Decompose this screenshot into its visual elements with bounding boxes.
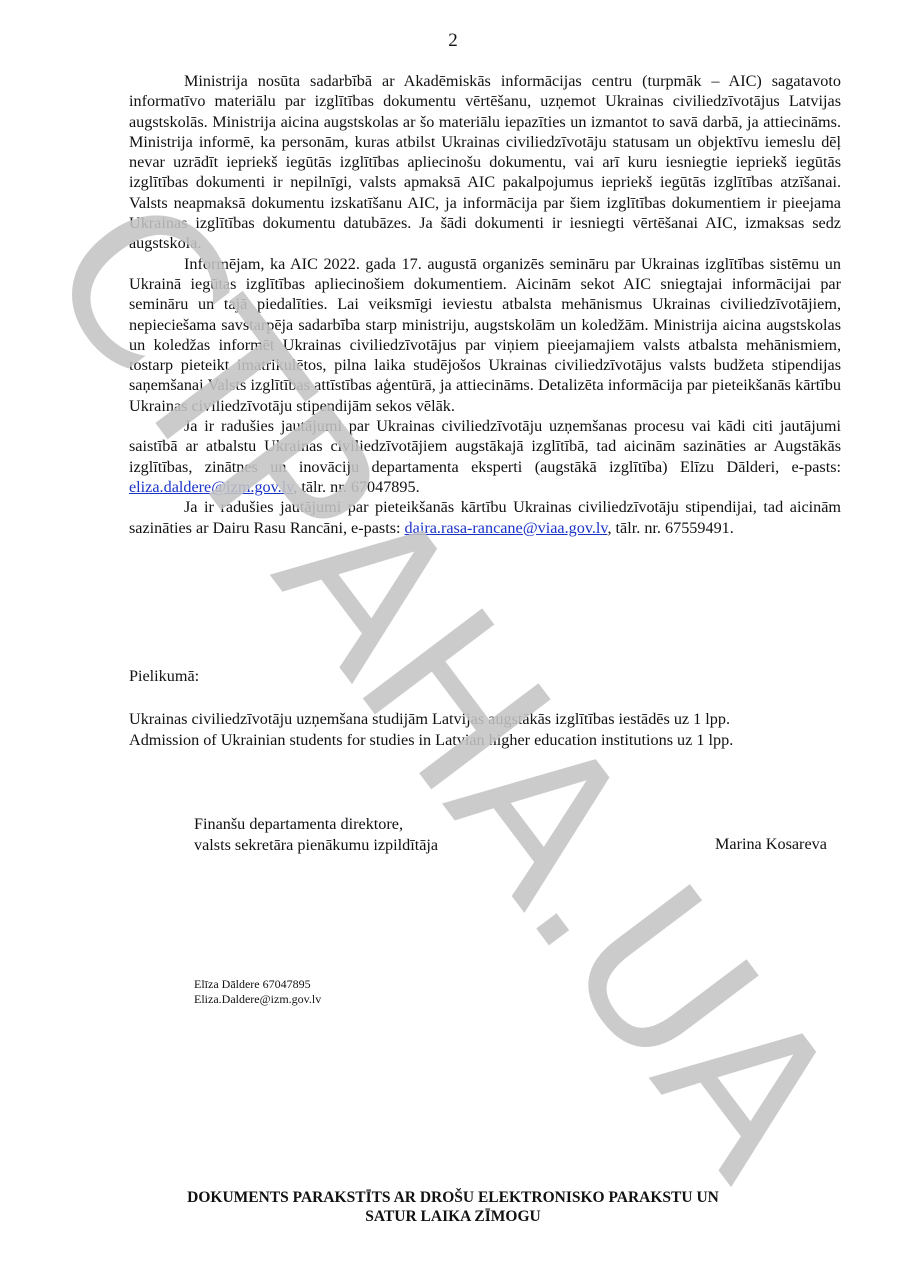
email-link-eliza[interactable]: eliza.daldere@izm.gov.lv <box>129 478 293 496</box>
position-line: valsts sekretāra pienākumu izpildītāja <box>194 835 438 856</box>
author-contact: Elīza Dāldere 67047895 Eliza.Daldere@izm… <box>194 977 321 1007</box>
document-page: 2 Ministrija nosūta sadarbībā ar Akadēmi… <box>0 0 906 1280</box>
contact-1-phone: , tālr. nr. 67047895. <box>293 478 419 496</box>
paragraph-seminar: Informējam, ka AIC 2022. gada 17. august… <box>129 254 841 416</box>
annex-list: Ukrainas civiliedzīvotāju uzņemšana stud… <box>129 709 733 751</box>
author-email: Eliza.Daldere@izm.gov.lv <box>194 992 321 1007</box>
stamp-line: DOKUMENTS PARAKSTĪTS AR DROŠU ELEKTRONIS… <box>0 1188 906 1207</box>
signatory-position: Finanšu departamenta direktore, valsts s… <box>194 814 438 856</box>
letter-body: Ministrija nosūta sadarbībā ar Akadēmisk… <box>129 71 841 538</box>
annex-item: Ukrainas civiliedzīvotāju uzņemšana stud… <box>129 709 733 730</box>
position-line: Finanšu departamenta direktore, <box>194 814 438 835</box>
contact-2-phone: , tālr. nr. 67559491. <box>607 519 733 537</box>
email-link-daira[interactable]: daira.rasa-rancane@viaa.gov.lv <box>405 519 608 537</box>
annex-label: Pielikumā: <box>129 667 199 686</box>
paragraph-contact-stipend: Ja ir radušies jautājumi par pieteikšanā… <box>129 497 841 538</box>
paragraph-aic-materials: Ministrija nosūta sadarbībā ar Akadēmisk… <box>129 71 841 254</box>
paragraph-contact-admission: Ja ir radušies jautājumi par Ukrainas ci… <box>129 416 841 497</box>
e-signature-stamp: DOKUMENTS PARAKSTĪTS AR DROŠU ELEKTRONIS… <box>0 1188 906 1226</box>
annex-item: Admission of Ukrainian students for stud… <box>129 730 733 751</box>
author-name-phone: Elīza Dāldere 67047895 <box>194 977 321 992</box>
contact-1-text: Ja ir radušies jautājumi par Ukrainas ci… <box>129 417 841 476</box>
stamp-line: SATUR LAIKA ZĪMOGU <box>0 1207 906 1226</box>
page-number: 2 <box>0 30 906 52</box>
signatory-name: Marina Kosareva <box>715 835 827 854</box>
